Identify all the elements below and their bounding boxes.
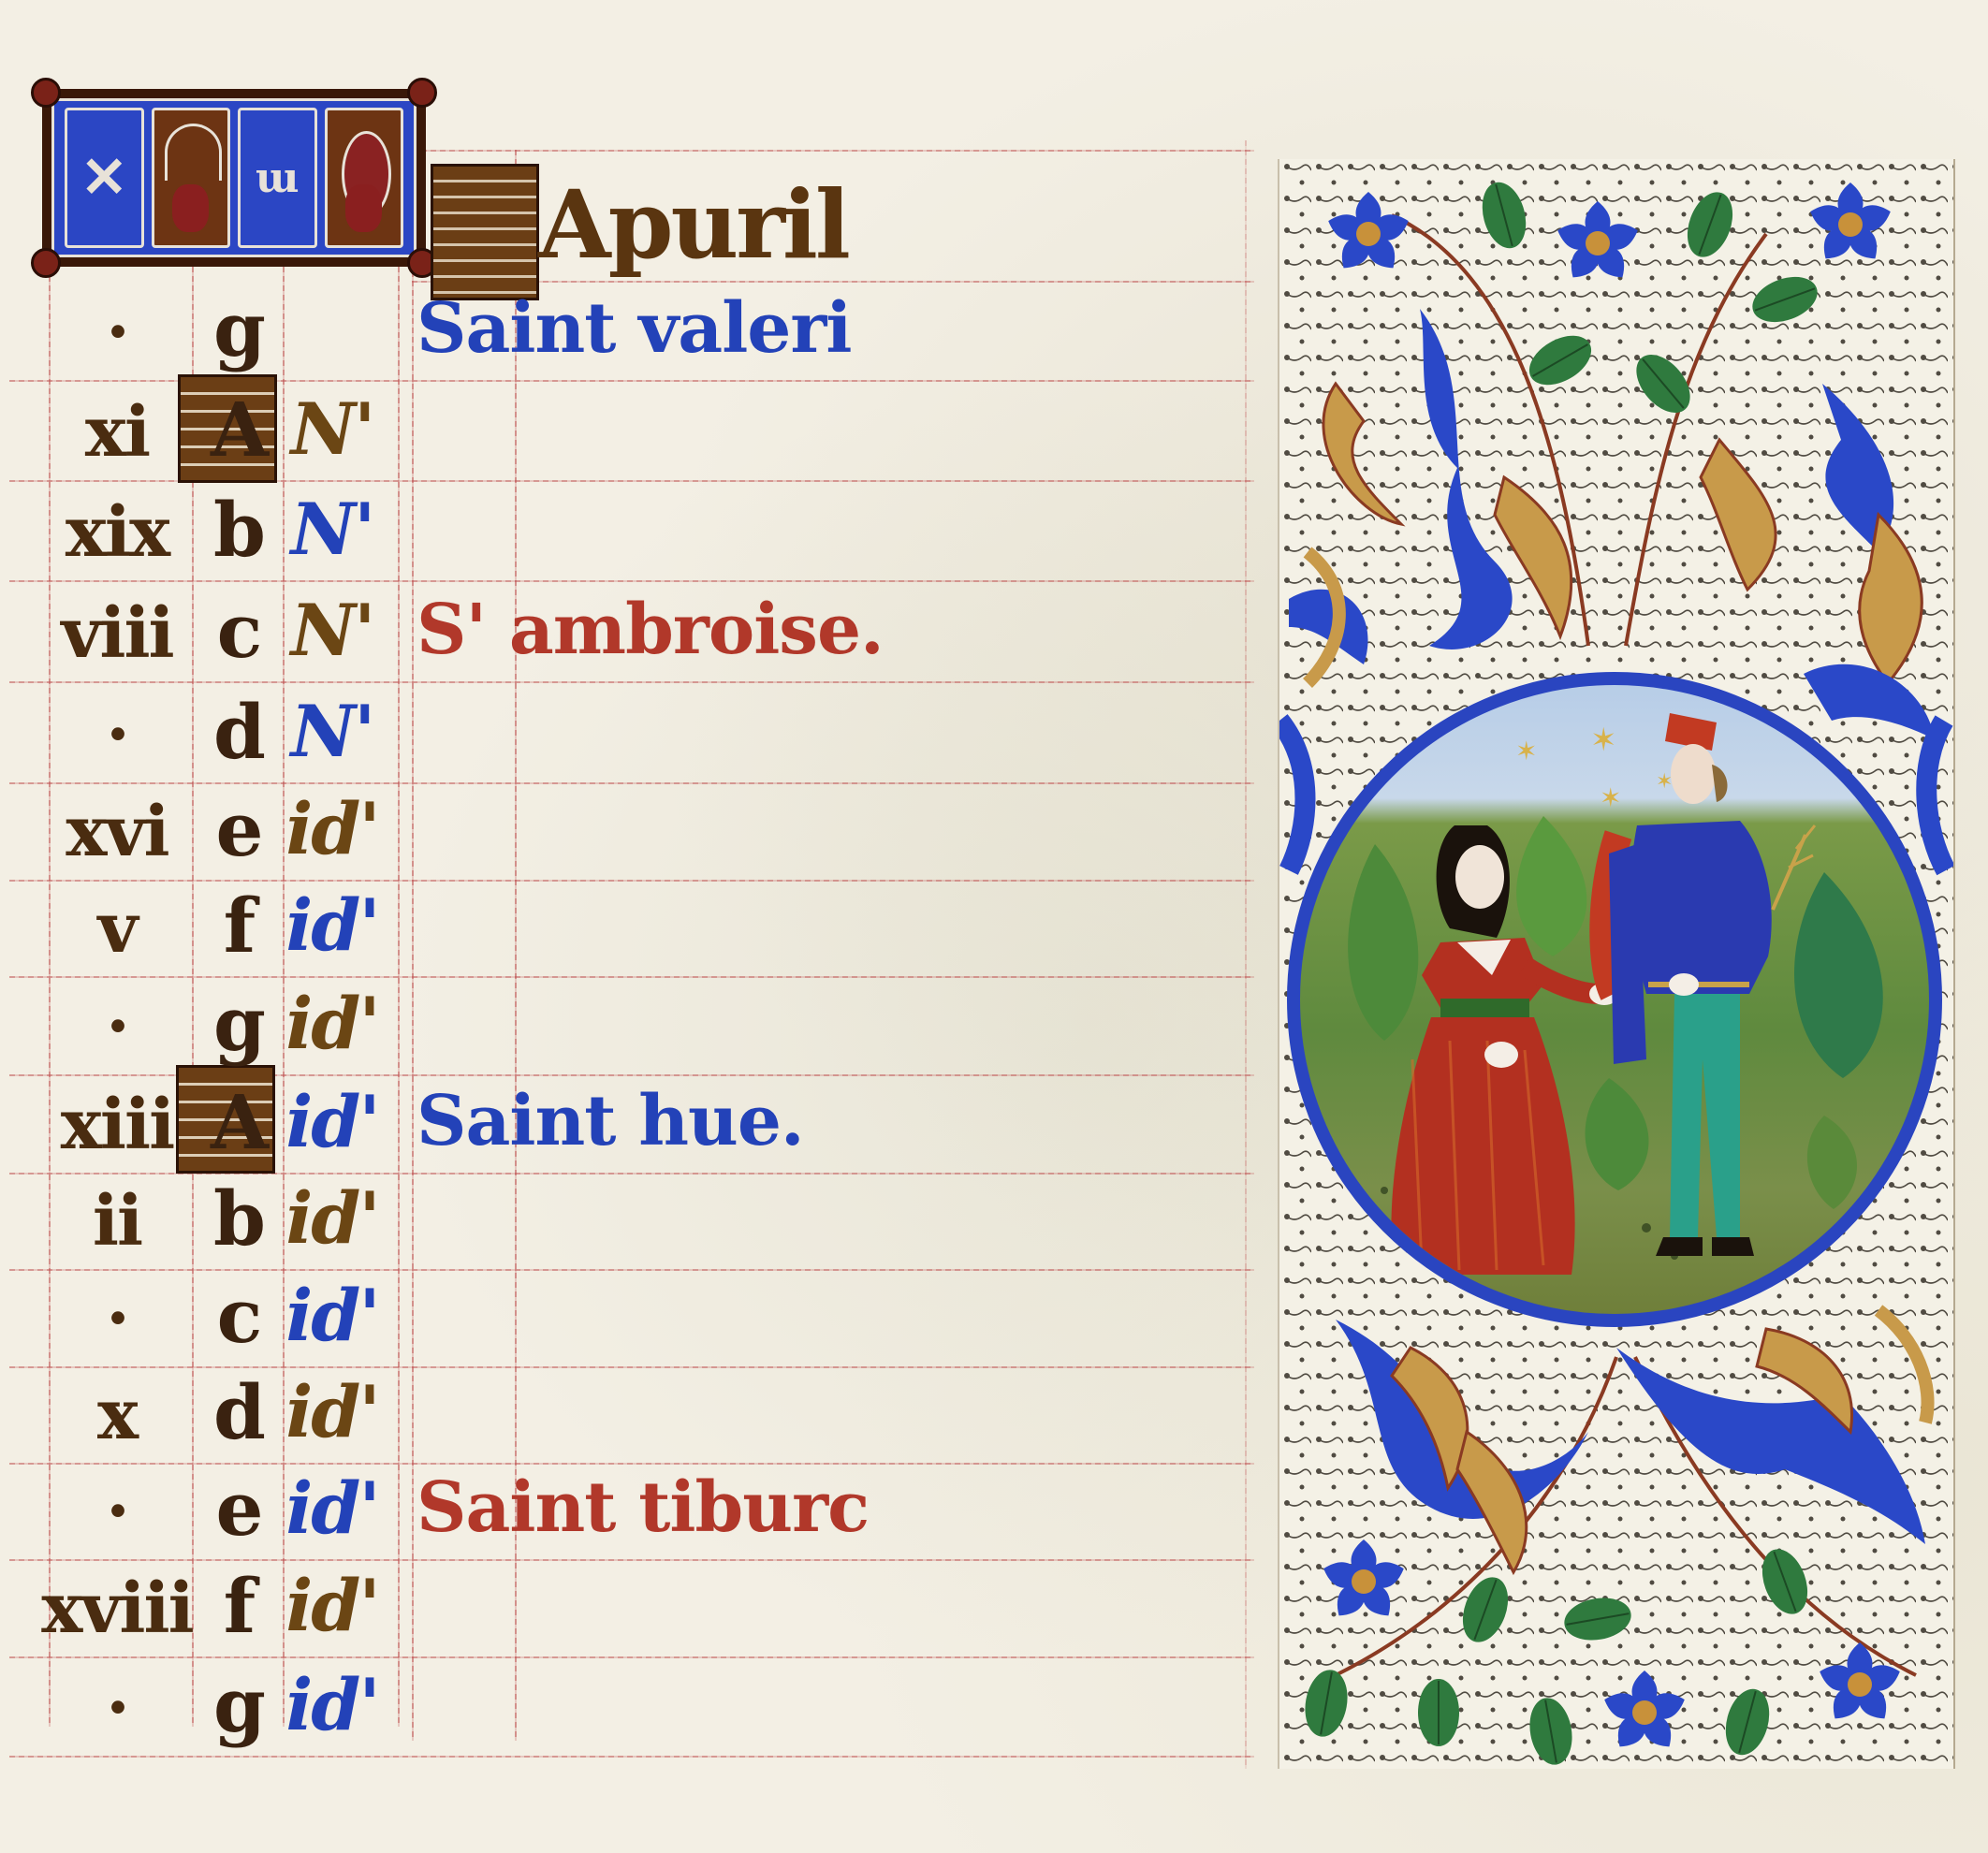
dominical-letter: b xyxy=(192,1181,285,1256)
saint-feast: S' ambroise. xyxy=(417,595,884,664)
golden-number: xi xyxy=(37,398,197,467)
manuscript-page: ✕ ɯ Apuril ·gSaint valerixiAN'xixbN'viii… xyxy=(0,0,1988,1853)
miniature-medallion: ✶ ✶ ✶ ✶ xyxy=(1287,672,1942,1327)
roman-date: N' xyxy=(281,696,384,767)
roman-date: id' xyxy=(281,1473,384,1544)
golden-number: · xyxy=(37,298,197,367)
rule-text-right xyxy=(1245,140,1247,1769)
dominical-letter: c xyxy=(192,1278,285,1353)
dominical-letter: A xyxy=(192,1085,285,1160)
ruling-line xyxy=(9,580,1254,582)
initial-segment xyxy=(152,108,231,248)
rule-saint-left xyxy=(412,112,414,1741)
rule-date xyxy=(398,267,400,1727)
svg-text:✶: ✶ xyxy=(1515,736,1537,766)
golden-number: xvi xyxy=(37,797,197,867)
ruling-line xyxy=(9,1463,1254,1465)
dominical-letter: f xyxy=(192,1568,285,1643)
golden-number: · xyxy=(37,700,197,769)
ruling-line xyxy=(9,976,1254,978)
roman-date: id' xyxy=(281,1280,384,1351)
roman-date: id' xyxy=(281,1183,384,1254)
golden-number: viii xyxy=(37,599,197,668)
ruling-line xyxy=(9,1756,1254,1758)
roman-date: id' xyxy=(281,988,384,1059)
dominical-letter: e xyxy=(192,792,285,867)
roman-date: id' xyxy=(281,1087,384,1158)
golden-number: · xyxy=(37,992,197,1061)
dominical-letter: d xyxy=(192,694,285,769)
dominical-letter: b xyxy=(192,492,285,567)
roman-date: N' xyxy=(281,595,384,666)
dominical-letter: f xyxy=(192,888,285,963)
golden-number: v xyxy=(37,894,197,963)
ruling-line xyxy=(9,1269,1254,1271)
golden-number: xiii xyxy=(37,1090,197,1160)
dominical-letter: g xyxy=(192,986,285,1061)
month-title: Apuril xyxy=(538,178,848,271)
golden-number: · xyxy=(37,1284,197,1353)
svg-text:✶: ✶ xyxy=(1600,782,1621,813)
golden-number: · xyxy=(37,1673,197,1743)
initial-segment: ɯ xyxy=(238,108,317,248)
golden-number: ii xyxy=(37,1187,197,1256)
saint-feast: Saint tiburc xyxy=(417,1473,869,1542)
month-cadel-initial xyxy=(431,164,539,300)
ruling-line xyxy=(9,1559,1254,1561)
dominical-letter: g xyxy=(192,292,285,367)
dominical-letter: g xyxy=(192,1668,285,1743)
saint-feast: Saint hue. xyxy=(417,1087,804,1156)
roman-date: N' xyxy=(281,394,384,465)
dominical-letter: A xyxy=(192,392,285,467)
roman-date: id' xyxy=(281,1670,384,1741)
golden-number: xix xyxy=(37,498,197,567)
saint-feast: Saint valeri xyxy=(417,294,851,363)
roman-date: id' xyxy=(281,794,384,865)
ruling-line xyxy=(9,1366,1254,1368)
initial-segment: ✕ xyxy=(65,108,144,248)
roman-date: N' xyxy=(281,494,384,565)
ruling-line xyxy=(9,1656,1254,1658)
dominical-letter: d xyxy=(192,1375,285,1450)
courting-couple-miniature-icon: ✶ ✶ ✶ ✶ xyxy=(1300,685,1929,1314)
ruling-line xyxy=(9,880,1254,882)
roman-date: id' xyxy=(281,1570,384,1641)
golden-number: xviii xyxy=(37,1574,197,1643)
golden-number: · xyxy=(37,1477,197,1546)
dominical-letter: e xyxy=(192,1471,285,1546)
ruling-line xyxy=(9,782,1254,784)
kl-illuminated-initial: ✕ ɯ xyxy=(42,89,426,267)
ruling-line xyxy=(9,681,1254,683)
roman-date: id' xyxy=(281,890,384,961)
ruling-line xyxy=(412,150,1254,152)
roman-date: id' xyxy=(281,1377,384,1448)
svg-text:✶: ✶ xyxy=(1590,722,1617,759)
dominical-letter: c xyxy=(192,593,285,668)
svg-text:✶: ✶ xyxy=(1656,770,1673,794)
initial-segment xyxy=(325,108,404,248)
golden-number: x xyxy=(37,1380,197,1450)
